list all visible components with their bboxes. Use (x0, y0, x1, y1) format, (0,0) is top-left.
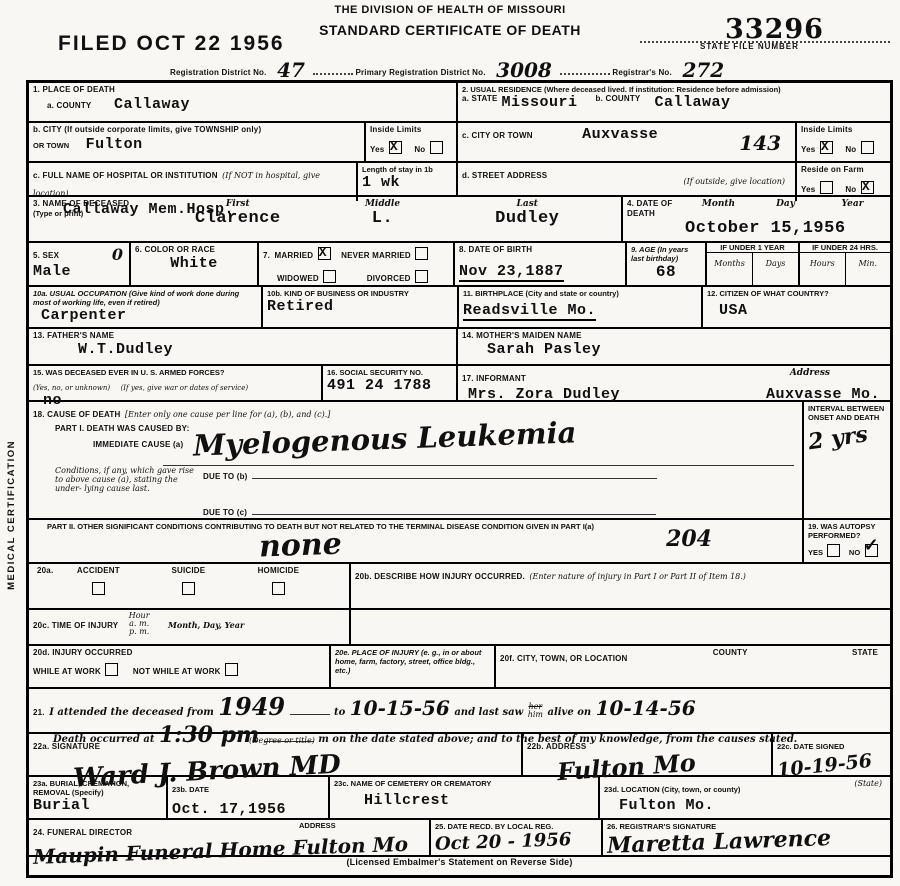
res-farm-cell: Reside on Farm Yes No X (795, 163, 890, 201)
pod-inside-yes-checkbox: X (389, 141, 402, 154)
section-if-under-1-year: IF UNDER 1 YEAR Months Days (705, 243, 798, 285)
section-funeral-director: 24. FUNERAL DIRECTOR ADDRESS Maupin Fune… (29, 820, 429, 855)
autopsy-yes-checkbox (827, 544, 840, 557)
check-mark: ✓ (864, 535, 879, 556)
ssn-value: 491 24 1788 (327, 377, 452, 394)
section-mother: 14. MOTHER'S MAIDEN NAME Sarah Pasley (456, 329, 890, 364)
state-file-number-label: STATE FILE NUMBER (700, 42, 799, 51)
birthplace-value: Readsville Mo. (463, 302, 596, 321)
row-20a-20b: 20a. ACCIDENT SUICIDE HOMICIDE 20b. DESC… (29, 564, 890, 610)
section-date-signed: 22c. DATE SIGNED 10-19-56 (771, 734, 890, 775)
him-word: him (528, 710, 543, 719)
not-while-at-work-label: NOT WHILE AT WORK (123, 667, 221, 676)
res-city-cell: c. CITY OR TOWN Auxvasse 143 Inside Limi… (458, 121, 890, 161)
informant-label: 17. INFORMANT (462, 374, 526, 383)
months-label: Months (714, 259, 745, 268)
check-mark: X (821, 139, 829, 154)
race-value: White (135, 255, 253, 272)
attend-text-4: alive on (547, 707, 591, 718)
medical-certification-side-label: MEDICAL CERTIFICATION (6, 440, 17, 590)
county-label: COUNTY (713, 648, 748, 658)
section-marital-status: 7. MARRIED X NEVER MARRIED WIDOWED DIVOR… (257, 243, 453, 285)
certificate-header: FILED OCT 22 1956 THE DIVISION OF HEALTH… (0, 0, 900, 80)
attend-to-value: 10-15-56 (350, 696, 450, 720)
degree-or-title-label: (Degree or title) (249, 736, 315, 745)
res-no-label: No (837, 145, 856, 154)
autopsy-no-label: NO (845, 548, 860, 557)
burial-date-label: 23b. DATE (172, 785, 209, 794)
industry-value: Retired (267, 298, 453, 315)
section-date-of-death: 4. DATE OF DEATH Month Day Year October … (621, 197, 890, 241)
farm-no-checkbox: X (861, 181, 874, 194)
row-name-dod: 3. NAME OF DECEASED (Type or print) Firs… (29, 197, 890, 243)
pod-hospital-label: c. FULL NAME OF HOSPITAL OR INSTITUTION (33, 171, 218, 180)
section-citizen: 12. CITIZEN OF WHAT COUNTRY? USA (701, 287, 890, 327)
res-street-label: d. STREET ADDRESS (462, 171, 547, 180)
cemetery-label: 23c. NAME OF CEMETERY OR CREMATORY (334, 779, 594, 788)
section-if-under-24-hrs: IF UNDER 24 HRS. Hours Min. (798, 243, 890, 285)
cemetery-state-label: (State) (854, 779, 882, 788)
filed-stamp: FILED OCT 22 1956 (58, 32, 285, 56)
box20c-label: 20c. TIME OF INJURY (33, 621, 118, 630)
divorced-checkbox (415, 270, 428, 283)
widowed-checkbox (323, 270, 336, 283)
suicide-checkbox (182, 582, 195, 595)
section-20c: 20c. TIME OF INJURY Hour a. m. p. m. Mon… (29, 610, 349, 644)
section-signature: 22a. SIGNATURE (Degree or title) Ward J.… (29, 734, 521, 775)
leader-dots (313, 64, 353, 75)
suicide-label: SUICIDE (143, 566, 233, 576)
leader-dots (560, 64, 610, 75)
section-20c-blank (349, 610, 890, 644)
immediate-cause-label: IMMEDIATE CAUSE (a) (93, 440, 183, 449)
citizen-value: USA (707, 302, 886, 319)
part2-value: none (258, 527, 342, 565)
attend-num: 21. (33, 708, 45, 717)
pod-no-label: No (406, 145, 425, 154)
res-state-value: Missouri (498, 94, 596, 111)
accident-label: ACCIDENT (53, 566, 143, 576)
box20b-label: 20b. DESCRIBE HOW INJURY OCCURRED. (355, 572, 525, 581)
certificate-title: STANDARD CERTIFICATE OF DEATH (280, 22, 620, 38)
married-label: MARRIED (275, 251, 314, 260)
section-burial: 23a. BURIAL, CREMATION, REMOVAL (Specify… (29, 777, 166, 818)
father-value: W.T.Dudley (33, 341, 452, 358)
section-20a: 20a. ACCIDENT SUICIDE HOMICIDE (29, 564, 349, 608)
name-subheading: (Type or print) (33, 209, 148, 218)
pod-stay-label: Length of stay in 1b (362, 165, 452, 174)
section-industry: 10b. KIND OF BUSINESS OR INDUSTRY Retire… (261, 287, 457, 327)
occupation-label: 10a. USUAL OCCUPATION (Give kind of work… (33, 289, 257, 307)
autopsy-no-checkbox: ✓ (865, 544, 878, 557)
cause-heading: 18. CAUSE OF DEATH (33, 410, 120, 419)
armed-note1: (Yes, no, or unknown) (33, 384, 110, 392)
res-city-value: Auxvasse (537, 126, 658, 143)
ssn-label: 16. SOCIAL SECURITY NO. (327, 368, 452, 377)
last-name-value: Dudley (438, 209, 618, 228)
signature-address-label: 22b. ADDRESS (527, 742, 586, 751)
homicide-checkbox (272, 582, 285, 595)
first-name-value: Clarence (148, 209, 328, 228)
res-inside-limits-label: Inside Limits (801, 125, 886, 135)
sex-value: Male (33, 263, 125, 280)
pod-county-label: a. COUNTY (47, 101, 91, 110)
date-received-value: Oct 20 - 1956 (435, 828, 598, 855)
box20b-note: (Enter nature of injury in Part I or Par… (529, 572, 746, 581)
dob-label: 8. DATE OF BIRTH (459, 245, 621, 255)
sex-label: 5. SEX (33, 251, 59, 260)
industry-label: 10b. KIND OF BUSINESS OR INDUSTRY (267, 289, 453, 298)
age-label: 9. AGE (In years last birthday) (631, 245, 701, 263)
section-place-of-death: 1. PLACE OF DEATH a. COUNTY Callaway b. … (29, 83, 456, 195)
burial-date-value: Oct. 17,1956 (172, 801, 324, 818)
row-20c: 20c. TIME OF INJURY Hour a. m. p. m. Mon… (29, 610, 890, 646)
res-city-annotation: 143 (739, 131, 781, 155)
attend-from-value: 1949 (218, 692, 285, 721)
pod-hospital-cell: c. FULL NAME OF HOSPITAL OR INSTITUTION … (29, 161, 456, 201)
section-father: 13. FATHER'S NAME W.T.Dudley (29, 329, 456, 364)
section-part2: PART II. OTHER SIGNIFICANT CONDITIONS CO… (29, 520, 802, 562)
primary-district-label: Primary Registration District No. (355, 68, 485, 77)
registration-line: Registration District No. 47 Primary Reg… (170, 56, 896, 80)
part2-annotation: 204 (666, 526, 712, 552)
row-parents: 13. FATHER'S NAME W.T.Dudley 14. MOTHER'… (29, 329, 890, 366)
race-label: 6. COLOR OR RACE (135, 245, 253, 255)
attend-text-1: I attended the deceased from (49, 707, 214, 718)
box20d-label: 20d. INJURY OCCURRED (33, 648, 325, 658)
dod-month-label: Month (685, 199, 752, 219)
box20a-num: 20a. (37, 566, 53, 598)
min-label: Min. (859, 259, 877, 268)
section-20e: 20e. PLACE OF INJURY (e. g., in or about… (329, 646, 494, 687)
section-interval: INTERVAL BETWEEN ONSET AND DEATH 2 yrs (802, 402, 890, 518)
section-armed-forces: 15. WAS DECEASED EVER IN U. S. ARMED FOR… (29, 366, 321, 400)
funeral-address-label: ADDRESS (299, 821, 336, 830)
section-burial-date: 23b. DATE Oct. 17,1956 (166, 777, 328, 818)
section-age: 9. AGE (In years last birthday) 68 (625, 243, 705, 285)
middle-name-value: L. (328, 209, 438, 228)
pod-stay-value: 1 wk (362, 174, 452, 191)
widowed-label: WIDOWED (277, 274, 319, 283)
never-married-label: NEVER MARRIED (335, 251, 411, 260)
section-signature-address: 22b. ADDRESS Fulton Mo (521, 734, 771, 775)
section-informant: 17. INFORMANT Address Mrs. Zora Dudley A… (456, 366, 890, 400)
res-street-cell: d. STREET ADDRESS (If outside, give loca… (458, 161, 890, 201)
farm-yes-checkbox (820, 181, 833, 194)
res-state-county-cell: 2. USUAL RESIDENCE (Where deceased lived… (458, 83, 890, 121)
box20e-label: 20e. PLACE OF INJURY (e. g., in or about… (335, 648, 490, 675)
row-funeral-registrar: 24. FUNERAL DIRECTOR ADDRESS Maupin Fune… (29, 820, 890, 857)
pod-city-value: Fulton (74, 136, 143, 153)
under-24-hrs-label: IF UNDER 24 HRS. (800, 243, 890, 253)
division-of-health-title: THE DIVISION OF HEALTH OF MISSOURI (300, 4, 600, 16)
informant-address-value: Auxvasse Mo. (766, 386, 880, 403)
embalmer-statement-note: (Licensed Embalmer's Statement on Revers… (346, 857, 572, 874)
dod-heading: 4. DATE OF DEATH (627, 199, 685, 219)
pm-label: p. m. (129, 627, 149, 636)
row-part2-autopsy: PART II. OTHER SIGNIFICANT CONDITIONS CO… (29, 520, 890, 564)
row-place-residence: 1. PLACE OF DEATH a. COUNTY Callaway b. … (29, 83, 890, 197)
sex-annotation: 0 (112, 245, 123, 264)
section-occupation: 10a. USUAL OCCUPATION (Give kind of work… (29, 287, 261, 327)
funeral-director-label: 24. FUNERAL DIRECTOR (33, 828, 132, 837)
res-inside-limits-cell: Inside Limits Yes X No (795, 123, 890, 161)
res-county-value: Callaway (640, 94, 730, 111)
section-20f: 20f. CITY, TOWN, OR LOCATION COUNTY STAT… (494, 646, 890, 687)
cemetery-value: Hillcrest (334, 792, 594, 809)
row-attendance: 21. I attended the deceased from 1949 to… (29, 689, 890, 734)
dob-value: Nov 23,1887 (459, 263, 564, 282)
pod-heading: 1. PLACE OF DEATH (33, 85, 452, 95)
pod-inside-limits-cell: Inside Limits Yes X No (364, 123, 456, 161)
box20f-label: 20f. CITY, TOWN, OR LOCATION (500, 654, 628, 663)
res-inside-no-checkbox (861, 141, 874, 154)
res-state-label: a. STATE (462, 94, 498, 111)
days-label: Days (766, 259, 786, 268)
pod-stay-cell: Length of stay in 1b 1 wk (356, 163, 456, 201)
mother-label: 14. MOTHER'S MAIDEN NAME (462, 331, 886, 341)
autopsy-yes-label: YES (808, 548, 823, 557)
pod-inside-limits-label: Inside Limits (370, 125, 452, 135)
under-1-year-label: IF UNDER 1 YEAR (707, 243, 798, 253)
section-usual-residence: 2. USUAL RESIDENCE (Where deceased lived… (456, 83, 890, 195)
res-street-note: (If outside, give location) (683, 177, 785, 186)
reg-district-label: Registration District No. (170, 68, 267, 77)
section-ssn: 16. SOCIAL SECURITY NO. 491 24 1788 (321, 366, 456, 400)
section-name-of-deceased: 3. NAME OF DECEASED (Type or print) Firs… (29, 197, 621, 241)
attend-blank (290, 703, 330, 715)
married-checkbox: X (318, 247, 331, 260)
certificate-form: 1. PLACE OF DEATH a. COUNTY Callaway b. … (26, 80, 893, 878)
section-autopsy: 19. WAS AUTOPSY PERFORMED? YES NO ✓ (802, 520, 890, 562)
due-to-c-blank (252, 503, 657, 515)
burial-label: 23a. BURIAL, CREMATION, REMOVAL (Specify… (33, 779, 162, 797)
primary-district-value: 3008 (488, 58, 560, 82)
cause-heading-note: [Enter only one cause per line for (a), … (125, 410, 330, 419)
res-yes-label: Yes (801, 145, 815, 154)
informant-value: Mrs. Zora Dudley (468, 386, 620, 403)
farm-no-label: No (837, 185, 856, 194)
pod-county-cell: 1. PLACE OF DEATH a. COUNTY Callaway (29, 83, 456, 121)
middle-name-label: Middle (328, 199, 438, 209)
homicide-label: HOMICIDE (233, 566, 323, 576)
not-while-at-work-checkbox (225, 663, 238, 676)
never-married-checkbox (415, 247, 428, 260)
birthplace-label: 11. BIRTHPLACE (City and state or countr… (463, 289, 697, 298)
date-signed-label: 22c. DATE SIGNED (777, 742, 844, 751)
section-20d: 20d. INJURY OCCURRED WHILE AT WORK NOT W… (29, 646, 329, 687)
row-occupation-birthplace: 10a. USUAL OCCUPATION (Give kind of work… (29, 287, 890, 329)
row-burial: 23a. BURIAL, CREMATION, REMOVAL (Specify… (29, 777, 890, 820)
check-mark: X (862, 179, 870, 194)
conditions-note: Conditions, if any, which gave rise to a… (33, 466, 203, 520)
reg-district-value: 47 (269, 58, 313, 82)
mdy-label: Month, Day, Year (154, 620, 244, 630)
pod-county-value: Callaway (96, 96, 190, 113)
dod-value: October 15,1956 (685, 219, 886, 238)
res-city-label: c. CITY OR TOWN (462, 131, 533, 140)
due-to-c-label: DUE TO (c) (203, 508, 247, 517)
registrar-no-value: 272 (674, 58, 732, 82)
pod-yes-label: Yes (370, 145, 384, 154)
check-mark: X (390, 139, 398, 154)
res-farm-label: Reside on Farm (801, 165, 886, 175)
row-footer: (Licensed Embalmer's Statement on Revers… (29, 857, 890, 874)
section-race: 6. COLOR OR RACE White (129, 243, 257, 285)
section-registrar-signature: 26. REGISTRAR'S SIGNATURE Maretta Lawren… (601, 820, 890, 855)
age-value: 68 (631, 263, 701, 281)
dod-year-label: Year (819, 199, 886, 219)
accident-checkbox (92, 582, 105, 595)
first-name-label: First (148, 199, 328, 209)
while-at-work-checkbox (105, 663, 118, 676)
res-inside-yes-checkbox: X (820, 141, 833, 154)
attend-text-3: and last saw (454, 707, 523, 718)
divorced-label: DIVORCED (341, 274, 411, 283)
father-label: 13. FATHER'S NAME (33, 331, 452, 341)
mother-value: Sarah Pasley (462, 341, 886, 358)
attend-alive-value: 10-14-56 (596, 696, 696, 720)
cemetery-location-value: Fulton Mo. (604, 797, 886, 814)
armed-note2: (If yes, give war or dates of service) (115, 384, 249, 392)
section-cemetery-location: 23d. LOCATION (City, town, or county) (S… (598, 777, 890, 818)
marital-num: 7. (263, 251, 270, 260)
death-certificate-scan: FILED OCT 22 1956 THE DIVISION OF HEALTH… (0, 0, 900, 886)
occupation-value: Carpenter (33, 307, 257, 324)
attend-text-2: to (334, 707, 345, 718)
row-cause-of-death: 18. CAUSE OF DEATH [Enter only one cause… (29, 402, 890, 520)
section-date-received: 25. DATE RECD. BY LOCAL REG. Oct 20 - 19… (429, 820, 601, 855)
section-sex: 5. SEX 0 Male (29, 243, 129, 285)
due-to-b-label: DUE TO (b) (203, 472, 248, 481)
section-cemetery: 23c. NAME OF CEMETERY OR CREMATORY Hillc… (328, 777, 598, 818)
cemetery-location-label: 23d. LOCATION (City, town, or county) (604, 785, 740, 794)
name-heading: 3. NAME OF DECEASED (33, 199, 148, 209)
armed-label: 15. WAS DECEASED EVER IN U. S. ARMED FOR… (33, 368, 317, 377)
hours-label: Hours (810, 259, 835, 268)
pod-inside-no-checkbox (430, 141, 443, 154)
farm-yes-label: Yes (801, 185, 815, 194)
last-name-label: Last (438, 199, 618, 209)
section-birthplace: 11. BIRTHPLACE (City and state or countr… (457, 287, 701, 327)
burial-value: Burial (33, 797, 162, 814)
interval-value: 2 yrs (807, 419, 888, 456)
pod-city-label: b. CITY (If outside corporate limits, gi… (33, 125, 360, 135)
signature-label: 22a. SIGNATURE (33, 742, 100, 751)
state-label: STATE (852, 648, 878, 658)
informant-address-label: Address (790, 368, 830, 378)
pod-or-town-label: OR TOWN (33, 141, 69, 150)
row-sex-race-marital-dob-age: 5. SEX 0 Male 6. COLOR OR RACE White 7. … (29, 243, 890, 287)
due-to-b-blank (252, 467, 657, 479)
section-date-of-birth: 8. DATE OF BIRTH Nov 23,1887 (453, 243, 625, 285)
row-20d-20e-20f: 20d. INJURY OCCURRED WHILE AT WORK NOT W… (29, 646, 890, 689)
section-20b: 20b. DESCRIBE HOW INJURY OCCURRED. (Ente… (349, 564, 890, 608)
row-armed-ssn-informant: 15. WAS DECEASED EVER IN U. S. ARMED FOR… (29, 366, 890, 402)
citizen-label: 12. CITIZEN OF WHAT COUNTRY? (707, 289, 886, 298)
pod-city-cell: b. CITY (If outside corporate limits, gi… (29, 121, 456, 161)
dod-day-label: Day (752, 199, 819, 219)
while-at-work-label: WHILE AT WORK (33, 667, 101, 676)
row-signature: 22a. SIGNATURE (Degree or title) Ward J.… (29, 734, 890, 777)
check-mark: X (319, 245, 327, 260)
section-cause-of-death: 18. CAUSE OF DEATH [Enter only one cause… (29, 402, 802, 518)
registrar-no-label: Registrar's No. (612, 68, 672, 77)
res-heading: 2. USUAL RESIDENCE (Where deceased lived… (462, 85, 886, 94)
res-county-label: b. COUNTY (596, 94, 641, 111)
